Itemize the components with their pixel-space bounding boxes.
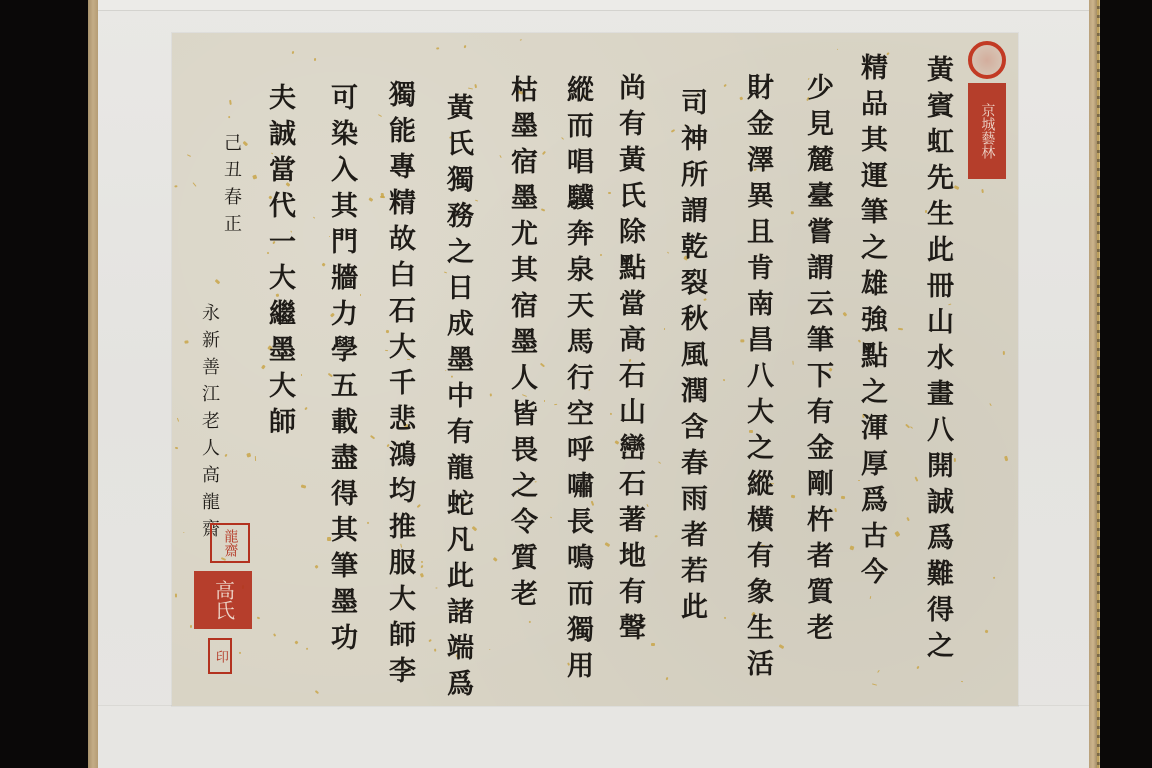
gold-fleck xyxy=(468,87,473,89)
gold-fleck xyxy=(666,677,669,681)
gold-fleck xyxy=(321,262,325,266)
gold-fleck xyxy=(651,643,655,646)
text-column-9: 黃氏獨務之日成墨中有龍蛇凡此諸端爲 xyxy=(444,93,471,705)
gold-fleck xyxy=(723,84,727,88)
text-column-10: 獨能專精故白石大千悲鴻均推服大師李 xyxy=(386,80,413,692)
text-column-3: 少見麓臺嘗謂云筆下有金剛杵者質老 xyxy=(804,73,831,649)
small-seal-bottom: 印 xyxy=(208,638,232,674)
gold-fleck xyxy=(724,616,727,619)
gold-fleck xyxy=(529,621,531,624)
gold-fleck xyxy=(540,363,545,368)
text-column-12: 夫誠當代一大繼墨大師 xyxy=(266,83,293,443)
gold-fleck xyxy=(910,426,913,429)
gold-fleck xyxy=(843,311,848,316)
gold-fleck xyxy=(872,683,877,685)
gold-fleck xyxy=(905,424,910,429)
gold-fleck xyxy=(993,577,996,580)
gold-fleck xyxy=(985,629,989,633)
gold-fleck xyxy=(667,252,669,254)
gold-fleck xyxy=(306,647,309,650)
gold-fleck xyxy=(474,84,476,88)
black-backdrop-left xyxy=(0,0,90,768)
text-column-8: 枯墨宿墨尤其宿墨人皆畏之令質老 xyxy=(508,75,535,615)
gold-fleck xyxy=(489,393,492,397)
gold-fleck xyxy=(916,666,919,669)
gold-fleck xyxy=(239,651,242,654)
gold-fleck xyxy=(646,504,648,507)
gold-fleck xyxy=(541,209,546,213)
gold-fleck xyxy=(554,403,557,405)
gold-fleck xyxy=(304,407,307,411)
text-column-6: 尚有黃氏除點當高石山巒石著地有聲 xyxy=(616,73,643,649)
round-seal-top xyxy=(968,41,1006,79)
gold-fleck xyxy=(187,154,191,156)
gold-fleck xyxy=(359,294,360,296)
gold-fleck xyxy=(291,50,294,53)
name-seal-solid: 高氏 xyxy=(194,571,252,629)
scroll-edge-left xyxy=(88,0,98,768)
gold-fleck xyxy=(192,183,196,187)
gold-fleck xyxy=(914,476,918,481)
gold-fleck xyxy=(778,644,783,649)
gold-fleck xyxy=(370,435,375,440)
gold-fleck xyxy=(953,185,959,190)
gold-fleck xyxy=(294,640,298,644)
gold-fleck xyxy=(176,594,178,599)
gold-fleck xyxy=(608,192,611,193)
gold-fleck xyxy=(313,58,315,62)
gold-fleck xyxy=(664,328,665,330)
gold-fleck xyxy=(428,639,432,642)
gold-fleck xyxy=(434,649,436,652)
gold-fleck xyxy=(174,185,177,187)
inscription-signature: 永新善江老人高龍齋 xyxy=(200,303,218,546)
gilded-edge-trim xyxy=(1097,0,1100,768)
text-column-4: 財金澤異且肯南昌八大之縱橫有象生活 xyxy=(744,73,771,685)
gold-fleck xyxy=(489,649,491,651)
gold-fleck xyxy=(835,508,837,512)
gold-fleck xyxy=(183,531,185,533)
gold-fleck xyxy=(253,174,258,179)
gold-fleck xyxy=(369,197,374,201)
gold-fleck xyxy=(436,48,439,50)
gold-fleck xyxy=(177,417,179,421)
gold-fleck xyxy=(464,45,467,49)
gold-fleck xyxy=(605,542,610,547)
gold-fleck xyxy=(257,616,260,619)
gold-fleck xyxy=(493,557,499,563)
gold-fleck xyxy=(961,681,963,682)
gold-fleck xyxy=(907,516,911,520)
text-column-1: 黃賓虹先生此冊山水畫八開誠爲難得之 xyxy=(924,55,951,667)
gold-fleck xyxy=(840,495,845,499)
gold-fleck xyxy=(655,535,658,538)
mount-top-band xyxy=(98,0,1089,11)
gold-fleck xyxy=(600,254,602,256)
gold-fleck xyxy=(849,545,854,550)
gold-fleck xyxy=(378,114,382,117)
gold-fleck xyxy=(791,211,794,214)
mount-bottom-band xyxy=(98,705,1089,768)
gold-fleck xyxy=(254,456,255,461)
gold-fleck xyxy=(301,485,307,489)
gold-fleck xyxy=(315,690,319,694)
gold-fleck xyxy=(877,670,880,673)
gold-fleck xyxy=(542,151,546,155)
gold-fleck xyxy=(314,564,318,568)
gold-fleck xyxy=(229,100,232,105)
text-column-7: 縱而唱驥奔泉天馬行空呼嘯長鳴而獨用 xyxy=(564,75,591,687)
gold-fleck xyxy=(870,596,872,599)
gold-fleck xyxy=(1003,351,1005,355)
gold-fleck xyxy=(954,458,956,462)
gold-fleck xyxy=(658,461,661,464)
gold-fleck xyxy=(273,633,277,637)
gold-fleck xyxy=(520,39,523,41)
gold-fleck xyxy=(247,452,252,456)
gold-fleck xyxy=(227,116,230,119)
gold-fleck xyxy=(420,565,423,568)
gold-fleck xyxy=(1004,456,1008,461)
gold-fleck xyxy=(792,360,794,364)
gold-fleck xyxy=(436,587,438,588)
gold-fleck xyxy=(898,327,903,330)
gold-fleck xyxy=(982,189,984,193)
text-column-5: 司神所謂乾裂秋風潤含春雨者若此 xyxy=(678,88,705,628)
gold-fleck xyxy=(610,413,613,415)
gold-fleck xyxy=(671,129,675,133)
gold-fleck xyxy=(550,517,552,519)
gold-fleck xyxy=(499,155,502,158)
gold-fleck xyxy=(790,494,794,498)
leisure-seal-top: 京城藝林 xyxy=(968,83,1006,179)
text-column-11: 可染入其門牆力學五載盡得其筆墨功 xyxy=(328,83,355,659)
gold-fleck xyxy=(312,217,314,219)
gold-fleck xyxy=(894,531,900,537)
inscription-date: 己丑春正 xyxy=(222,133,240,241)
gold-fleck xyxy=(474,200,477,202)
gold-fleck xyxy=(989,403,991,406)
gold-fleck xyxy=(243,141,248,146)
gold-fleck xyxy=(184,340,188,343)
gold-fleck xyxy=(837,49,839,51)
gold-fleck xyxy=(224,454,227,458)
name-seal-outline: 龍齋 xyxy=(210,523,250,563)
black-backdrop-right xyxy=(1097,0,1152,768)
calligraphy-paper: 黃賓虹先生此冊山水畫八開誠爲難得之 精品其運筆之雄強點之渾厚爲古今 少見麓臺嘗謂… xyxy=(172,33,1018,706)
gold-fleck xyxy=(421,561,424,563)
gold-fleck xyxy=(215,278,220,283)
gold-fleck xyxy=(544,400,545,403)
gold-fleck xyxy=(175,447,178,450)
text-column-2: 精品其運筆之雄強點之渾厚爲古今 xyxy=(858,53,885,593)
gold-fleck xyxy=(190,625,193,628)
gold-fleck xyxy=(723,378,725,381)
gold-fleck xyxy=(301,374,302,376)
gold-fleck xyxy=(416,504,420,508)
gold-fleck xyxy=(366,522,369,525)
gold-fleck xyxy=(420,573,424,578)
